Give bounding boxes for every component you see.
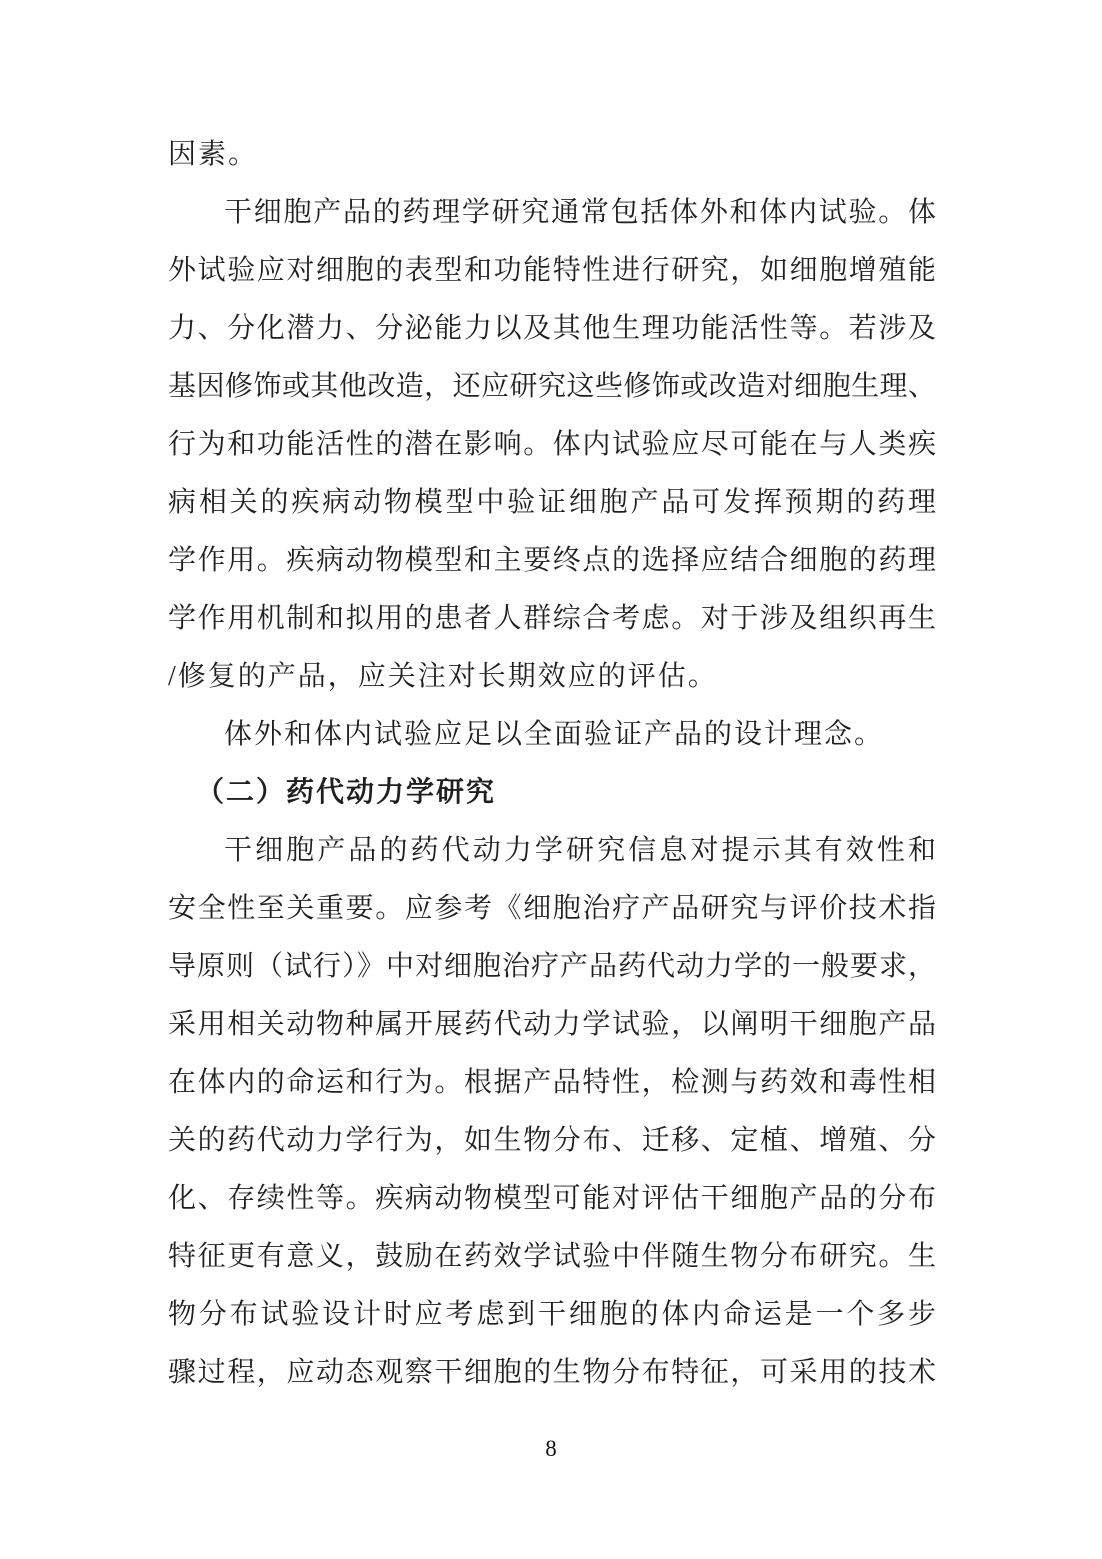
text-line: 关的药代动力学行为，如生物分布、迁移、定植、增殖、分 [168,1112,936,1170]
section-heading-line: （二）药代动力学研究 [168,764,936,822]
text-line: 干细胞产品的药代动力学研究信息对提示其有效性和 [168,822,936,880]
text-line: 化、存续性等。疾病动物模型可能对评估干细胞产品的分布 [168,1170,936,1228]
page-number: 8 [0,1432,1102,1466]
text-line: 在体内的命运和行为。根据产品特性，检测与药效和毒性相 [168,1054,936,1112]
text-line: 行为和功能活性的潜在影响。体内试验应尽可能在与人类疾 [168,416,936,474]
text-line: /修复的产品，应关注对长期效应的评估。 [168,648,936,706]
heading-pharmacokinetics-section: （二）药代动力学研究 [168,764,936,822]
text-line: 导原则（试行）》中对细胞治疗产品药代动力学的一般要求， [168,938,936,996]
document-page: 因素。干细胞产品的药理学研究通常包括体外和体内试验。体外试验应对细胞的表型和功能… [0,0,1102,1559]
text-line: 特征更有意义，鼓励在药效学试验中伴随生物分布研究。生 [168,1228,936,1286]
text-line: 干细胞产品的药理学研究通常包括体外和体内试验。体 [168,184,936,242]
text-line: 学作用机制和拟用的患者人群综合考虑。对于涉及组织再生 [168,590,936,648]
text-line: 体外和体内试验应足以全面验证产品的设计理念。 [168,706,936,764]
text-line: 基因修饰或其他改造，还应研究这些修饰或改造对细胞生理、 [168,358,936,416]
text-line: 物分布试验设计时应考虑到干细胞的体内命运是一个多步 [168,1286,936,1344]
text-line: 骤过程，应动态观察干细胞的生物分布特征，可采用的技术 [168,1344,936,1402]
text-line: 安全性至关重要。应参考《细胞治疗产品研究与评价技术指 [168,880,936,938]
para-pharmacology-study: 干细胞产品的药理学研究通常包括体外和体内试验。体外试验应对细胞的表型和功能特性进… [168,184,936,706]
document-body: 因素。干细胞产品的药理学研究通常包括体外和体内试验。体外试验应对细胞的表型和功能… [168,126,936,1402]
text-line: 力、分化潜力、分泌能力以及其他生理功能活性等。若涉及 [168,300,936,358]
para-design-concept: 体外和体内试验应足以全面验证产品的设计理念。 [168,706,936,764]
para-continuation-from-previous-page: 因素。 [168,126,936,184]
text-line: 学作用。疾病动物模型和主要终点的选择应结合细胞的药理 [168,532,936,590]
text-line: 病相关的疾病动物模型中验证细胞产品可发挥预期的药理 [168,474,936,532]
text-line: 外试验应对细胞的表型和功能特性进行研究，如细胞增殖能 [168,242,936,300]
text-line: 因素。 [168,126,936,184]
para-pharmacokinetics-study: 干细胞产品的药代动力学研究信息对提示其有效性和安全性至关重要。应参考《细胞治疗产… [168,822,936,1402]
text-line: 采用相关动物种属开展药代动力学试验，以阐明干细胞产品 [168,996,936,1054]
